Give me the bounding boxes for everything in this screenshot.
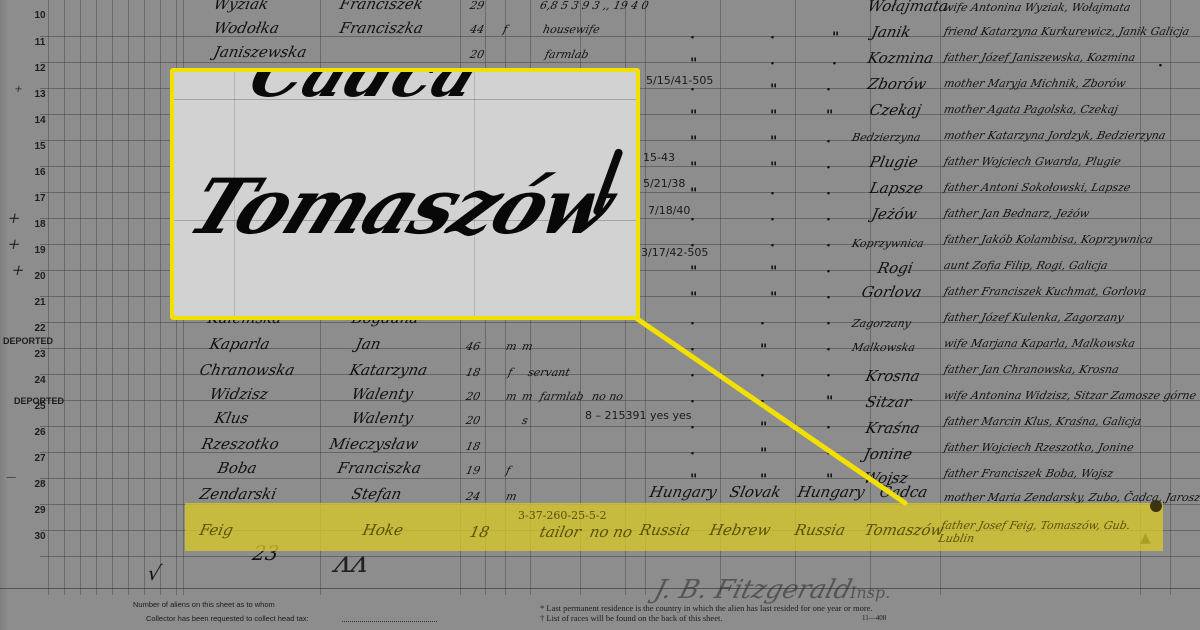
row-number: 23 xyxy=(20,349,60,360)
given-name-entry: Franciszek xyxy=(338,0,424,12)
occupation-entry: farmlab xyxy=(543,47,590,63)
side-note: 5/15/41-505 xyxy=(646,73,713,89)
inspector-signature: J. B. Fitzgerald xyxy=(651,575,855,605)
highlighted-row-30: Feig Hoke 18 3-37-260-25-5-2 tailor no n… xyxy=(185,503,1163,551)
occupation-entry: housewife xyxy=(541,22,601,38)
surname-entry: Wyziak xyxy=(212,0,270,12)
row-number: 21 xyxy=(20,297,60,308)
row-number: 15 xyxy=(20,141,60,152)
row-number: 22 xyxy=(20,323,60,334)
zoom-callout-box: Čadca Tomaszów xyxy=(170,68,640,320)
row-number: 28 xyxy=(20,479,60,490)
side-note: 7/18/40 xyxy=(648,203,690,219)
row-number: 17 xyxy=(20,193,60,204)
scribble-mark: ᴧᴧ xyxy=(333,555,370,571)
surname-entry: Janiszewska xyxy=(212,44,308,60)
deported-stamp: DEPORTED xyxy=(14,396,64,406)
deported-stamp: DEPORTED xyxy=(3,336,53,346)
row-number: 24 xyxy=(20,375,60,386)
row-number: 12 xyxy=(20,63,60,74)
row-number: 16 xyxy=(20,167,60,178)
side-note: 3/17/42-505 xyxy=(641,245,708,261)
row-number: 30 xyxy=(20,531,60,542)
row-number: 10 xyxy=(20,10,60,21)
footer-note: * Last permanent residence is the countr… xyxy=(540,603,873,613)
form-number: 11—408 xyxy=(862,614,886,622)
row-number: 29 xyxy=(20,505,60,516)
footer-note: † List of races will be found on the bac… xyxy=(540,613,722,623)
side-note: 15-43 xyxy=(643,150,675,166)
callout-partial-word: Čadca xyxy=(238,68,494,112)
ink-blot xyxy=(1150,500,1162,512)
side-note: 5/21/38 xyxy=(643,176,685,192)
footer-text: Collector has been requested to collect … xyxy=(146,614,309,623)
manifest-sheet: 10 11 12 13 14 15 16 17 18 19 20 21 22 2… xyxy=(0,0,1200,630)
partial-note: 6,8 5 3 9 3 ,, 19 4 0 xyxy=(538,0,650,14)
given-name-entry: Franciszka xyxy=(338,20,424,36)
callout-magnified-word: Tomaszów xyxy=(178,167,625,247)
footer-text: Number of aliens on this sheet as to who… xyxy=(133,600,275,609)
surname-entry: Wodołka xyxy=(212,20,280,36)
row-number: 11 xyxy=(20,37,60,48)
inspector-title: Insp. xyxy=(850,583,890,602)
row-number: 18 xyxy=(20,219,60,230)
row-number: 19 xyxy=(20,245,60,256)
row-number: 27 xyxy=(20,453,60,464)
row-number: 14 xyxy=(20,115,60,126)
row-number: 13 xyxy=(20,89,60,100)
row-number: 26 xyxy=(20,427,60,438)
footer-dotted-line xyxy=(342,621,437,622)
row-number: 20 xyxy=(20,271,60,282)
alien-registration-note: 8 – 215391 yes yes xyxy=(585,408,692,424)
